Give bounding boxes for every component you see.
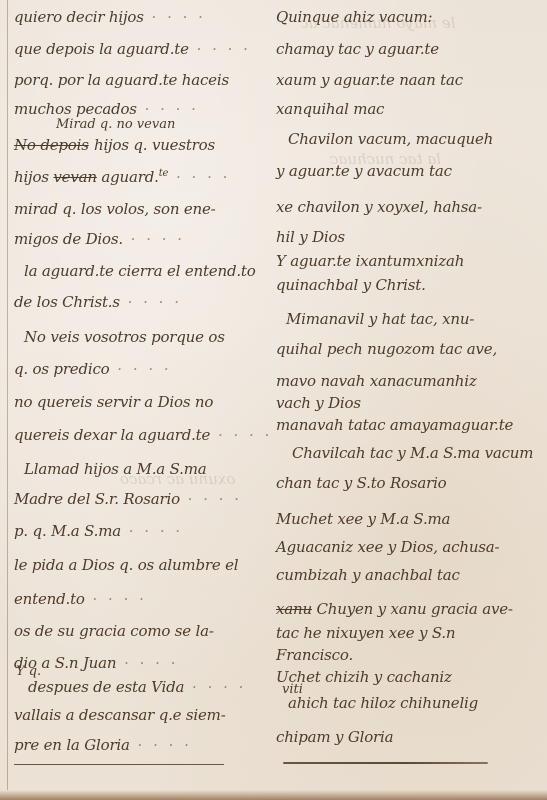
text-line: Chavilcah tac y M.a S.ma vacum <box>292 444 533 462</box>
text-line: entend.to <box>14 590 147 608</box>
interlinear-insert: Y q. <box>16 664 41 679</box>
text-line: chipam y Gloria <box>276 728 393 746</box>
text-line: quereis dexar la aguard.te <box>14 426 272 444</box>
text-line: porq. por la aguard.te haceis <box>14 71 229 89</box>
text-line: quiero decir hijos <box>14 8 206 26</box>
text-line: xe chavilon y xoyxel, hahsa- <box>276 198 482 216</box>
text-line: cumbizah y anachbal tac <box>276 566 460 584</box>
text-line: Chavilon vacum, macuqueh <box>288 130 493 148</box>
text-line: p. q. M.a S.ma <box>14 522 183 540</box>
text-line: le pida a Dios q. os alumbre el <box>14 556 238 574</box>
text-line-with-strikethrough: xanu Chuyen y xanu gracia ave- <box>276 600 513 618</box>
interlinear-insert: Mirad q. no vevan <box>56 117 175 132</box>
text-line: q. os predico <box>14 360 172 378</box>
text-line: Madre del S.r. Rosario <box>14 490 242 508</box>
text-line: muchos pecados <box>14 100 199 118</box>
text-line: Muchet xee y M.a S.ma <box>276 510 450 528</box>
text-line: No veis vosotros porque os <box>24 328 225 346</box>
text-line: la aguard.te cierra el entend.to <box>24 262 256 280</box>
text-line: pre en la Gloria <box>14 736 192 754</box>
closing-flourish-line <box>283 762 488 764</box>
text-line: tac he nixuyen xee y S.n <box>276 624 455 642</box>
text-line: mavo navah xanacumanhiz <box>276 372 477 390</box>
page-bottom-edge <box>0 790 547 800</box>
struck-text: vevan <box>53 168 96 186</box>
text-line-with-strikethrough: hijos vevan aguard.te <box>14 168 230 186</box>
text-line: hil y Dios <box>276 228 345 246</box>
binding-margin-rule <box>7 0 8 790</box>
text-line: migos de Dios. <box>14 230 185 248</box>
text-line: xanquihal mac <box>276 100 384 118</box>
text-line: ahich tac hiloz chihunelig <box>288 694 478 712</box>
text-line: Quinque ahiz vacum: <box>276 8 432 26</box>
text-line: vach y Dios <box>276 394 361 412</box>
text-line: quihal pech nugozom tac ave, <box>276 340 497 358</box>
text-line: os de su gracia como se la- <box>14 622 214 640</box>
text-line: Y aguar.te ixantumxnizah <box>276 252 464 270</box>
text-line: que depois la aguard.te <box>14 40 251 58</box>
text-line: despues de esta Vida <box>28 678 246 696</box>
text-line: Aguacaniz xee y Dios, achusa- <box>276 538 499 556</box>
text-line: vallais a descansar q.e siem- <box>14 706 226 724</box>
text-line: Llamad hijos a M.a S.ma <box>24 460 206 478</box>
text-line: manavah tatac amayamaguar.te <box>276 416 513 434</box>
text-line: y aguar.te y avacum tac <box>276 162 452 180</box>
struck-text: xanu <box>276 600 312 618</box>
text-line: quinachbal y Christ. <box>276 276 426 294</box>
text-line: hijos q. vuestros <box>94 136 215 154</box>
text-line-with-strikethrough: No depois <box>14 136 89 154</box>
text-line: mirad q. los volos, son ene- <box>14 200 216 218</box>
manuscript-page: le mayo numehac ac la tac nuchuac oxunu … <box>0 0 547 800</box>
text-line: xaum y aguar.te naan tac <box>276 71 463 89</box>
text-line: Francisco. <box>276 646 353 664</box>
text-line: no quereis servir a Dios no <box>14 393 213 411</box>
text-line: chan tac y S.to Rosario <box>276 474 447 492</box>
text-line: Mimanavil y hat tac, xnu- <box>286 310 474 328</box>
text-line: de los Christ.s <box>14 293 182 311</box>
struck-text: No depois <box>14 136 89 154</box>
text-line: chamay tac y aguar.te <box>276 40 439 58</box>
closing-flourish-line <box>14 764 224 765</box>
